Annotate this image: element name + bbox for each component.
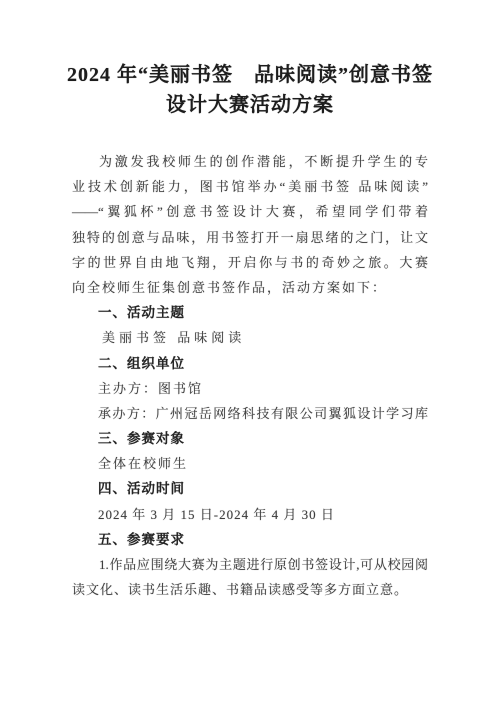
para-intro-line-2: 业技术创新能力，图书馆举办“美丽书签 品味阅读” [72, 174, 428, 199]
schedule-dates-text: 2024 年 3 月 15 日-2024 年 4 月 30 日 [72, 502, 428, 527]
title-line-2: 设计大赛活动方案 [0, 90, 500, 120]
section-heading-theme: 一、活动主题 [72, 300, 428, 325]
organizer-undertaker-line: 承办方：广州冠岳网络科技有限公司翼狐设计学习库 [72, 401, 428, 426]
section-heading-participants: 三、参赛对象 [72, 426, 428, 451]
theme-text: 美丽书签 品味阅读 [72, 325, 428, 350]
section-heading-requirements: 五、参赛要求 [72, 527, 428, 552]
section-heading-schedule: 四、活动时间 [72, 476, 428, 501]
para-intro-line-4: 独特的创意与品味，用书签打开一扇思绪的之门，让文 [72, 225, 428, 250]
organizer-host-line: 主办方：图书馆 [72, 376, 428, 401]
document-page: 2024 年“美丽书签 品味阅读”创意书签 设计大赛活动方案 为激发我校师生的创… [0, 0, 500, 707]
section-heading-organizer: 二、组织单位 [72, 351, 428, 376]
participants-text: 全体在校师生 [72, 451, 428, 476]
para-intro-line-3: ——“翼狐杯”创意书签设计大赛，希望同学们带着 [72, 199, 428, 224]
requirement-1-line-1: 1.作品应围绕大赛为主题进行原创书签设计,可从校园阅 [72, 552, 428, 577]
para-intro-line-6: 向全校师生征集创意书签作品，活动方案如下： [72, 275, 428, 300]
requirement-1-line-2: 读文化、读书生活乐趣、书籍品读感受等多方面立意。 [72, 577, 428, 602]
para-intro-line-1: 为激发我校师生的创作潜能，不断提升学生的专 [72, 149, 428, 174]
document-title: 2024 年“美丽书签 品味阅读”创意书签 设计大赛活动方案 [0, 0, 500, 120]
title-line-1: 2024 年“美丽书签 品味阅读”创意书签 [0, 60, 500, 90]
para-intro-line-5: 字的世界自由地飞翔，开启你与书的奇妙之旅。大赛 [72, 250, 428, 275]
document-body: 为激发我校师生的创作潜能，不断提升学生的专 业技术创新能力，图书馆举办“美丽书签… [72, 149, 428, 602]
